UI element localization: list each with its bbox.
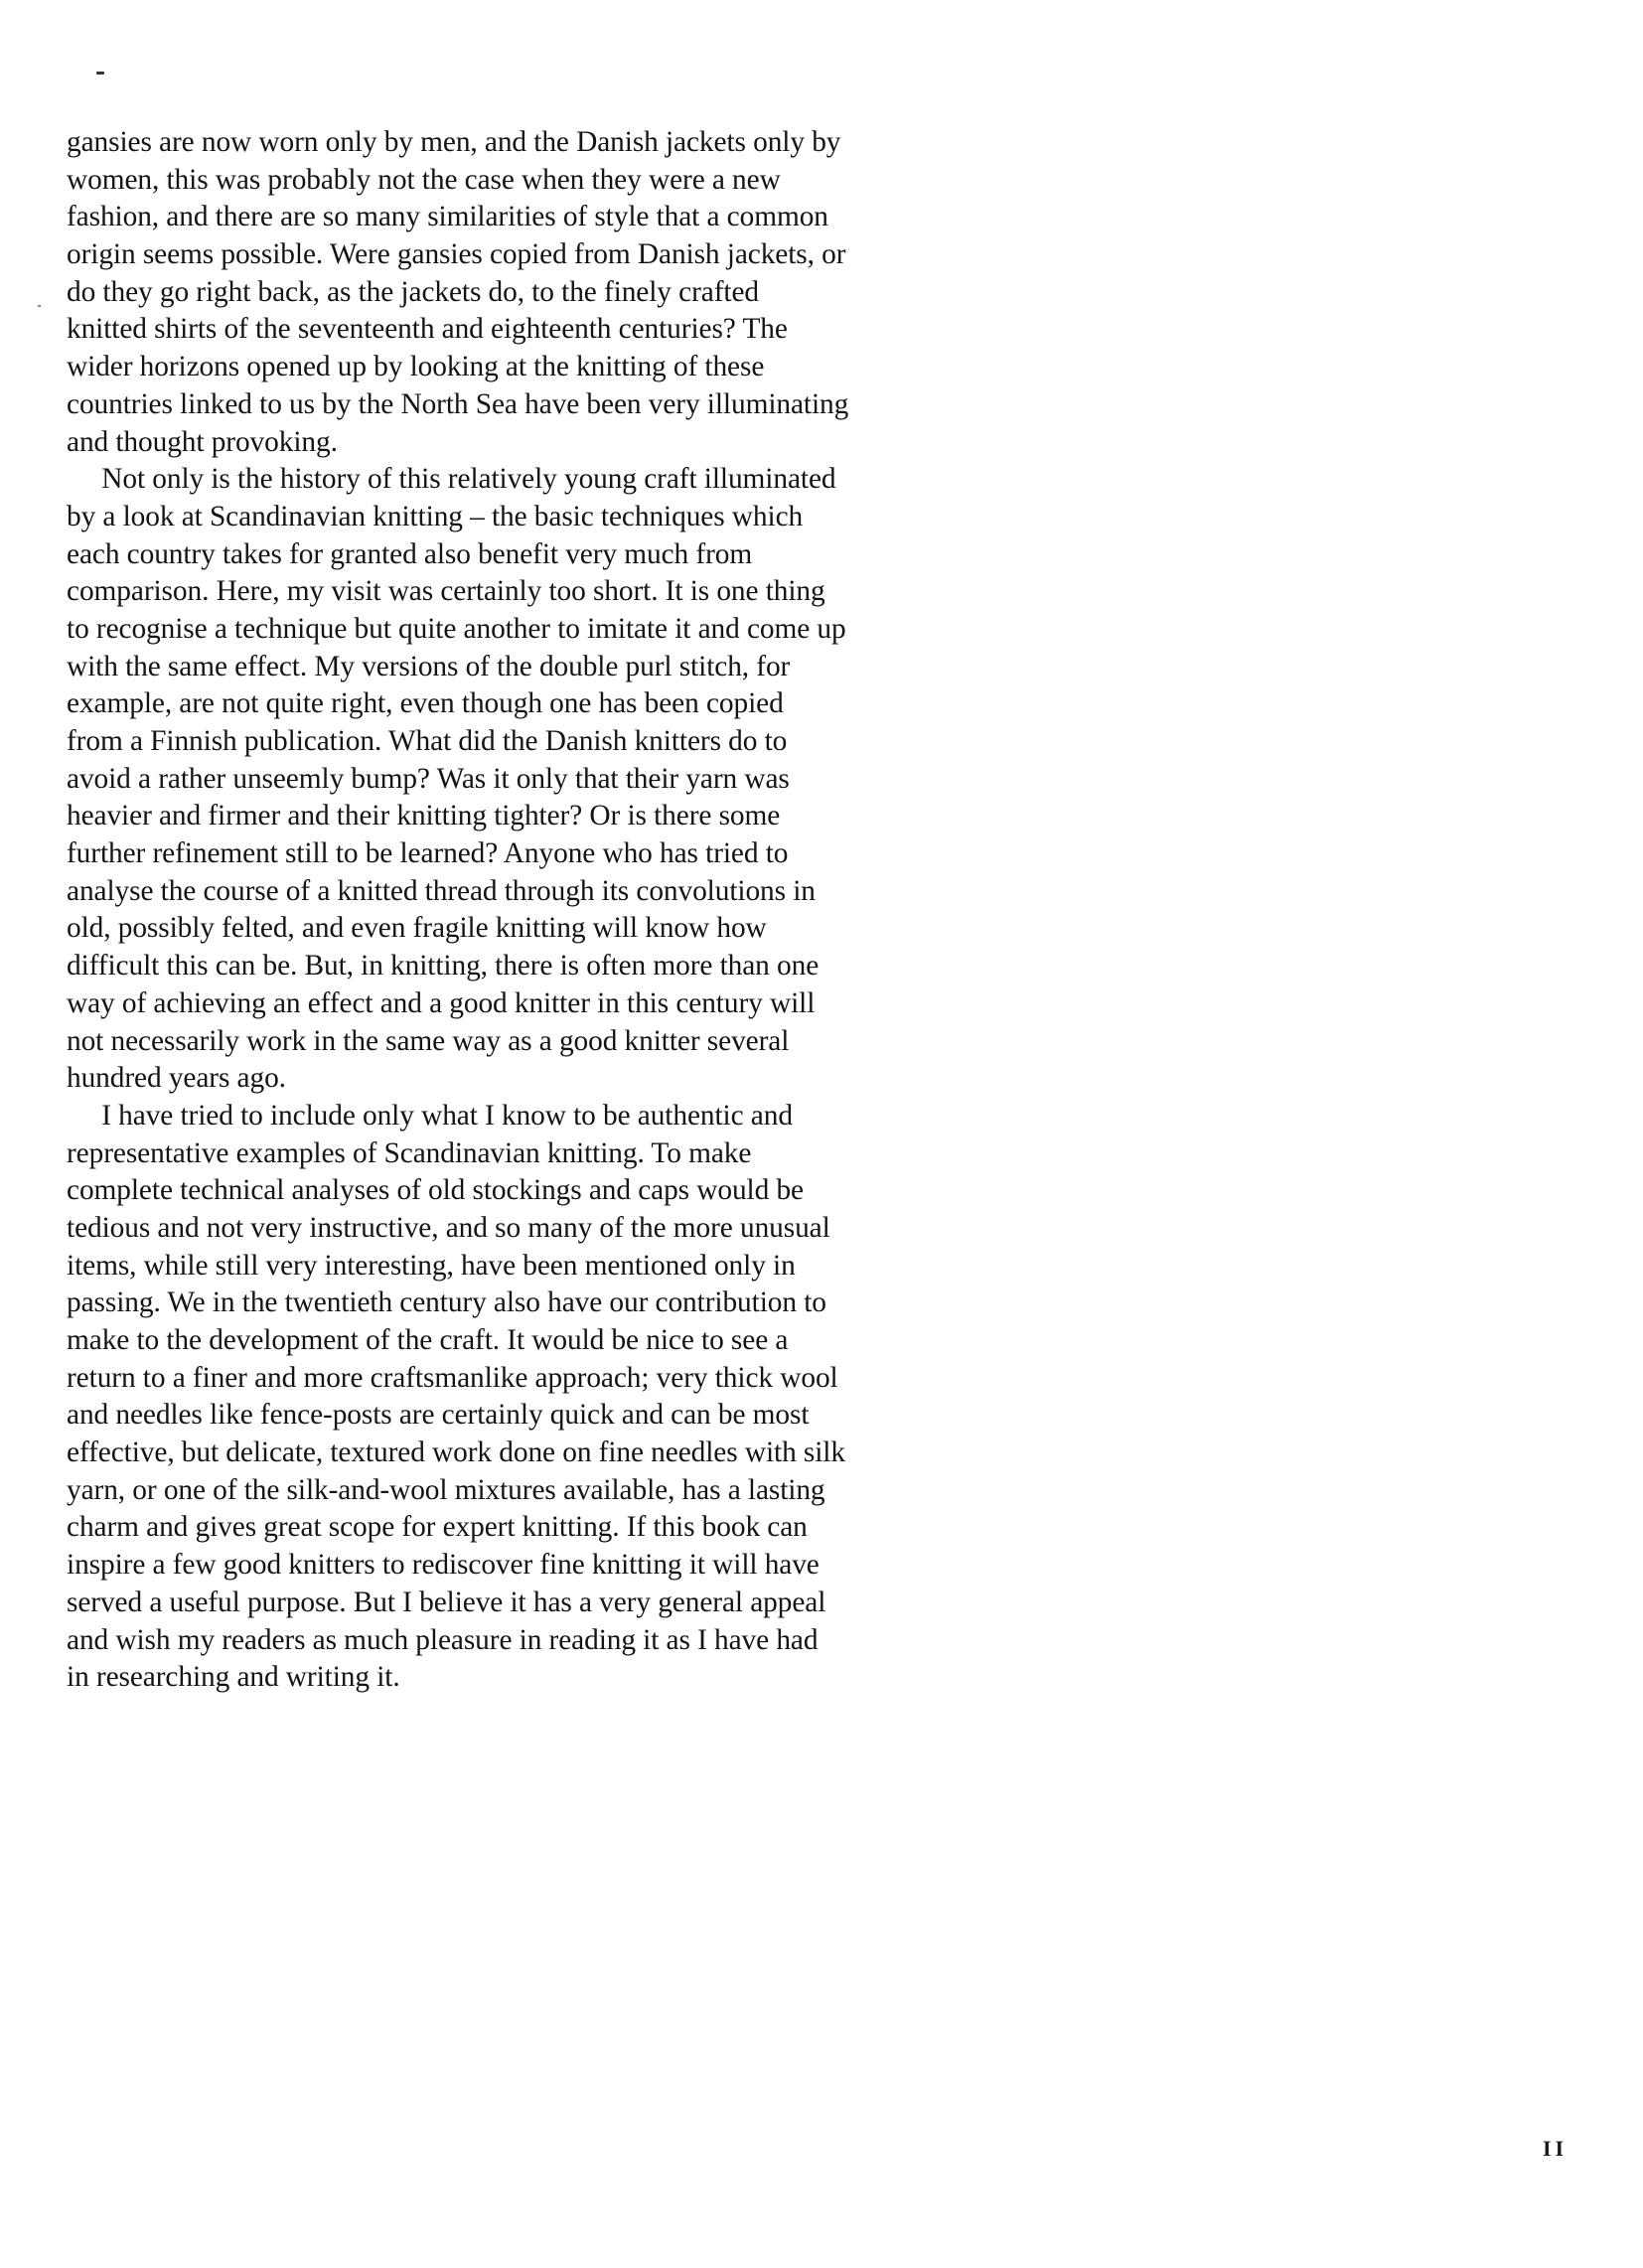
text-line: inspire a few good knitters to rediscove… [67, 1546, 1000, 1584]
text-line: with the same effect. My versions of the… [67, 648, 1000, 685]
text-line: countries linked to us by the North Sea … [67, 385, 1000, 423]
text-line: complete technical analyses of old stock… [67, 1171, 1000, 1209]
text-line: Not only is the history of this relative… [67, 460, 1000, 498]
text-line: in researching and writing it. [67, 1658, 1000, 1696]
text-line: old, possibly felted, and even fragile k… [67, 909, 1000, 947]
text-line: origin seems possible. Were gansies copi… [67, 235, 1000, 273]
text-line: do they go right back, as the jackets do… [67, 273, 1000, 311]
text-line: tedious and not very instructive, and so… [67, 1209, 1000, 1247]
text-line: representative examples of Scandinavian … [67, 1134, 1000, 1172]
text-line: charm and gives great scope for expert k… [67, 1508, 1000, 1546]
text-line: to recognise a technique but quite anoth… [67, 610, 1000, 648]
text-line: and needles like fence-posts are certain… [67, 1396, 1000, 1434]
text-line: avoid a rather unseemly bump? Was it onl… [67, 760, 1000, 798]
text-line: passing. We in the twentieth century als… [67, 1284, 1000, 1321]
scan-mark [38, 305, 41, 307]
text-line: wider horizons opened up by looking at t… [67, 348, 1000, 385]
text-line: gansies are now worn only by men, and th… [67, 123, 1000, 161]
text-line: by a look at Scandinavian knitting – the… [67, 498, 1000, 535]
text-line: yarn, or one of the silk-and-wool mixtur… [67, 1471, 1000, 1509]
text-line: items, while still very interesting, hav… [67, 1247, 1000, 1285]
text-line: effective, but delicate, textured work d… [67, 1434, 1000, 1471]
text-line: and wish my readers as much pleasure in … [67, 1621, 1000, 1659]
text-line: make to the development of the craft. It… [67, 1321, 1000, 1359]
text-line: return to a finer and more craftsmanlike… [67, 1359, 1000, 1397]
text-line: women, this was probably not the case wh… [67, 161, 1000, 199]
text-line: served a useful purpose. But I believe i… [67, 1584, 1000, 1621]
paragraph-1: gansies are now worn only by men, and th… [67, 123, 1020, 460]
text-line: each country takes for granted also bene… [67, 535, 1000, 573]
text-line: from a Finnish publication. What did the… [67, 722, 1000, 760]
book-page: gansies are now worn only by men, and th… [0, 0, 1643, 2268]
text-line: analyse the course of a knitted thread t… [67, 872, 1000, 910]
text-line: way of achieving an effect and a good kn… [67, 984, 1000, 1022]
text-line: further refinement still to be learned? … [67, 834, 1000, 872]
text-line: example, are not quite right, even thoug… [67, 684, 1000, 722]
text-line: I have tried to include only what I know… [67, 1097, 1000, 1134]
text-line: and thought provoking. [67, 423, 1000, 461]
scan-mark [96, 72, 104, 75]
paragraph-2: Not only is the history of this relative… [67, 460, 1020, 1097]
text-line: heavier and firmer and their knitting ti… [67, 797, 1000, 834]
text-line: hundred years ago. [67, 1059, 1000, 1097]
text-line: not necessarily work in the same way as … [67, 1022, 1000, 1060]
text-line: fashion, and there are so many similarit… [67, 198, 1000, 235]
text-line: knitted shirts of the seventeenth and ei… [67, 310, 1000, 348]
text-line: difficult this can be. But, in knitting,… [67, 947, 1000, 984]
body-text: gansies are now worn only by men, and th… [67, 123, 1020, 1696]
page-number: II [1543, 2136, 1568, 2162]
paragraph-3: I have tried to include only what I know… [67, 1097, 1020, 1696]
text-line: comparison. Here, my visit was certainly… [67, 572, 1000, 610]
